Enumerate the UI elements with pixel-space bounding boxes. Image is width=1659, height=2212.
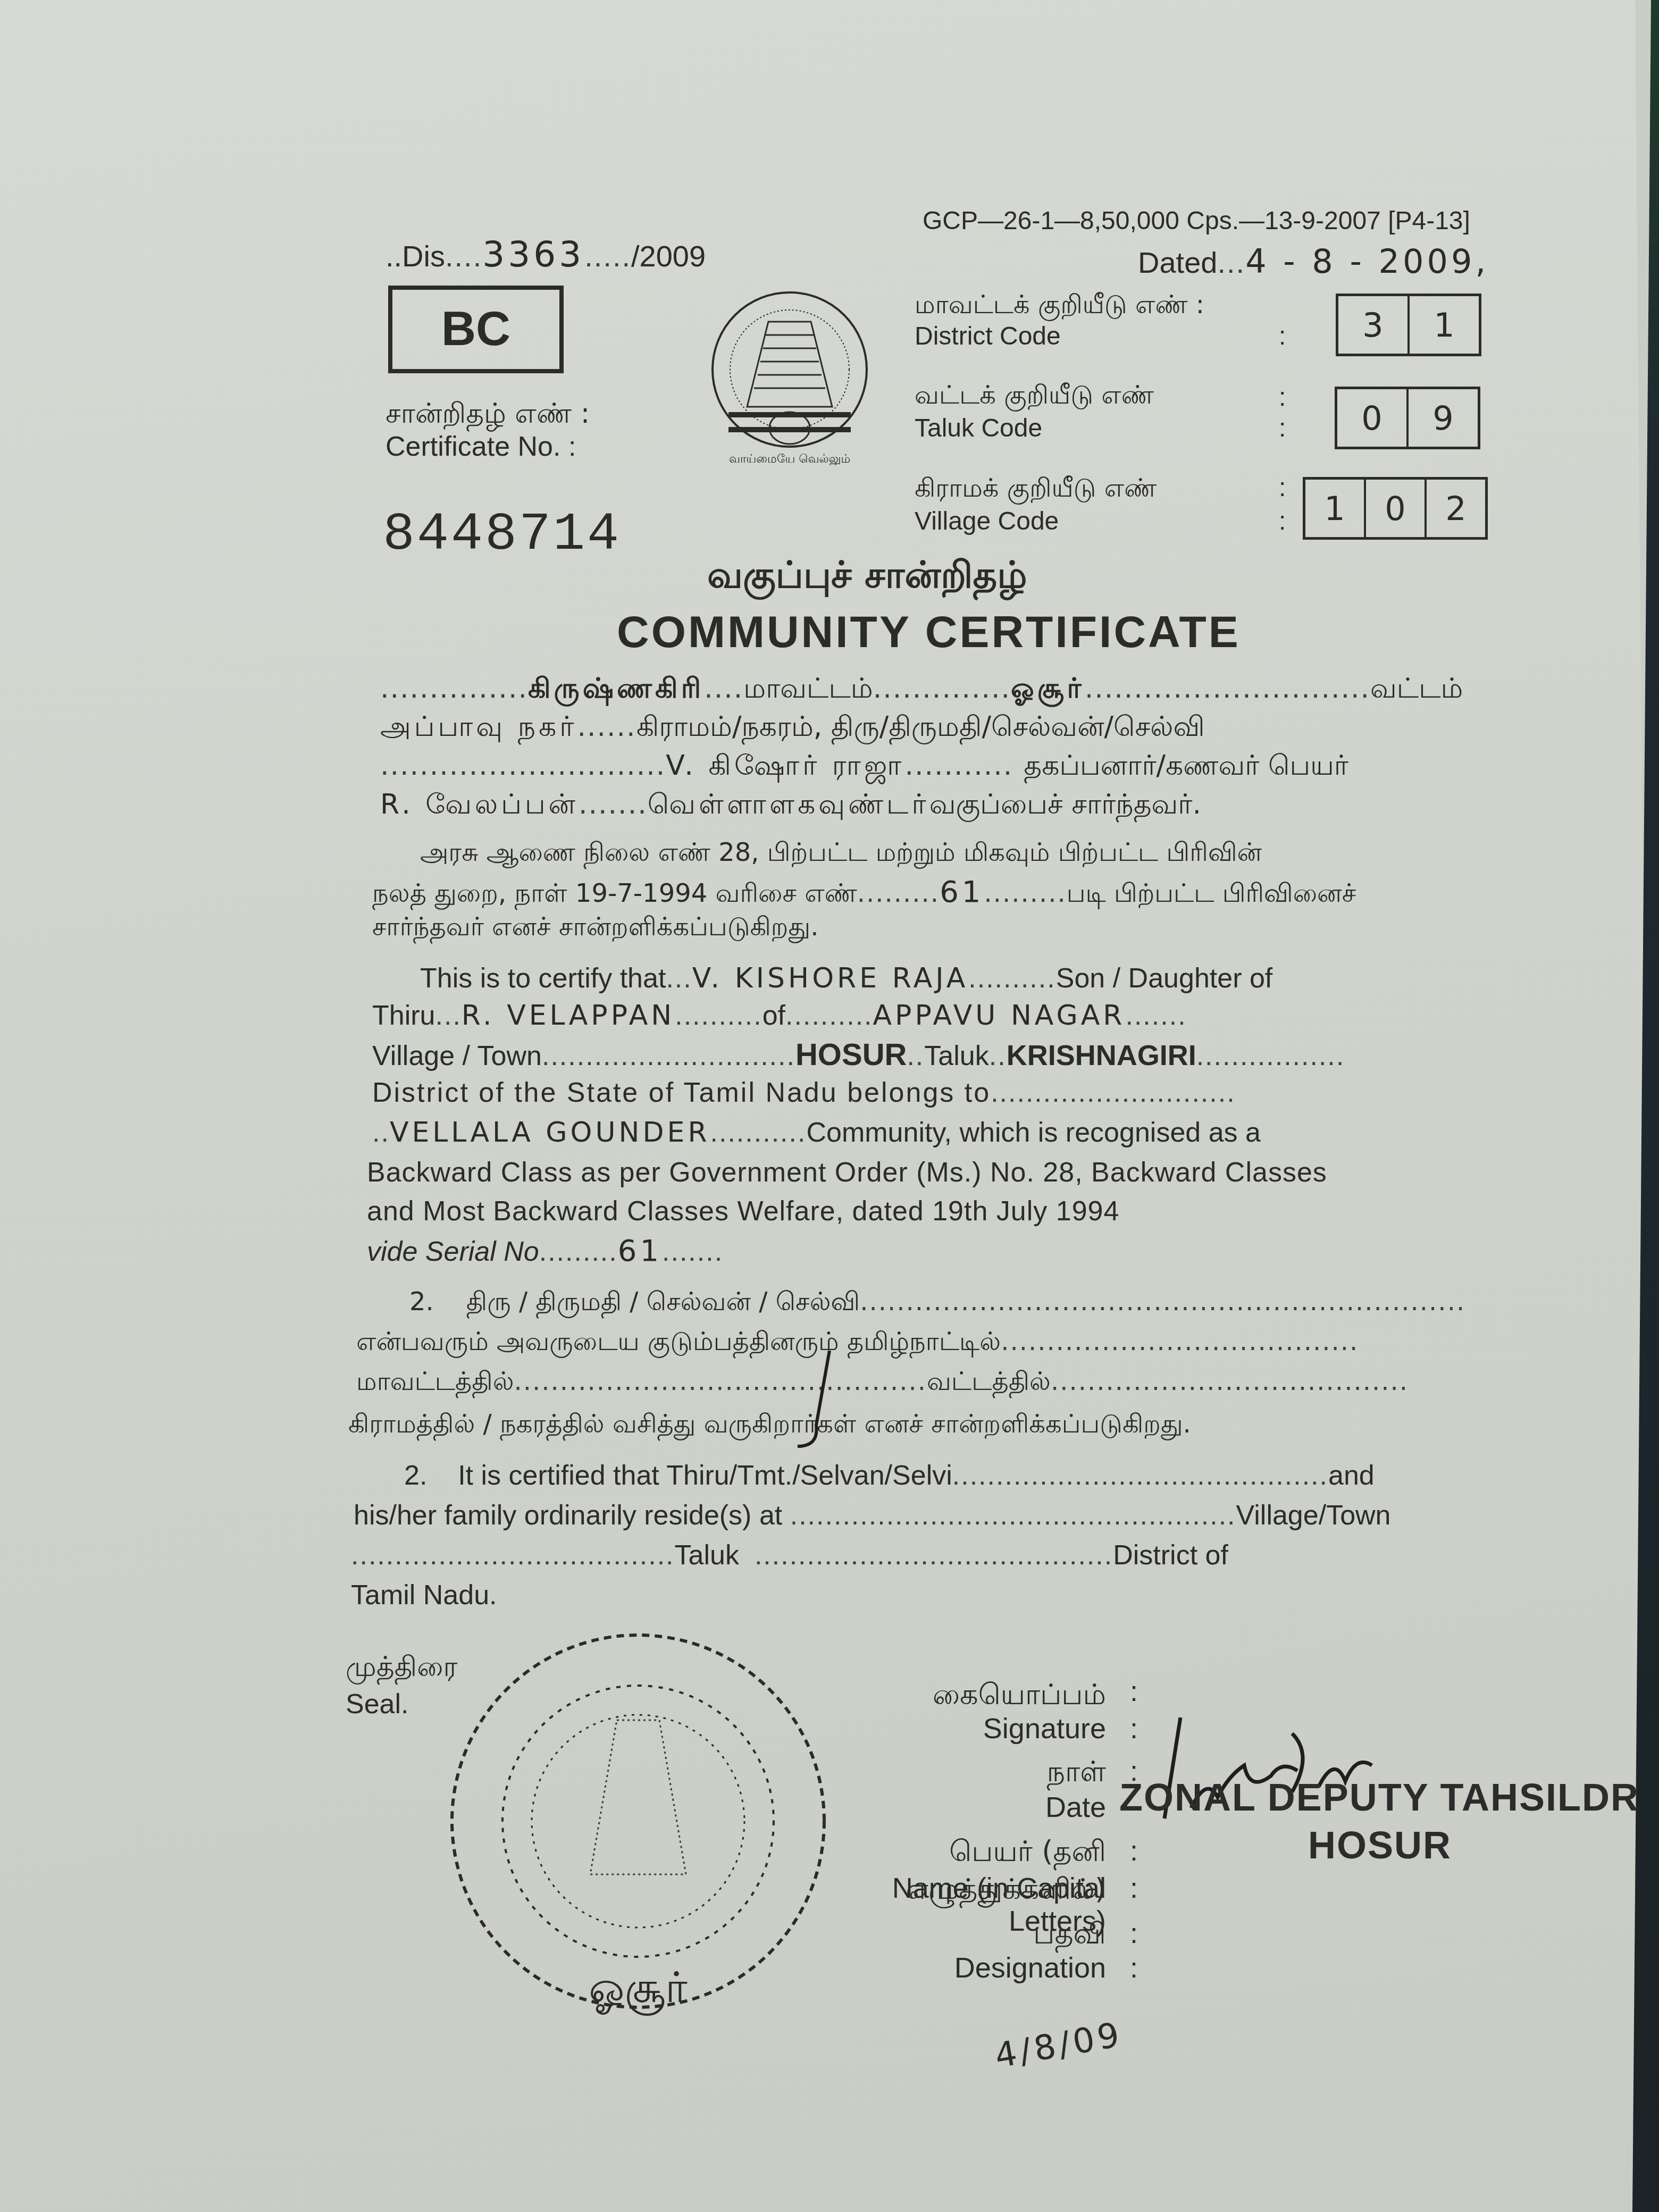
cert-no-label-ta: சான்றிதழ் எண் : [386,398,590,433]
colon: : [1279,383,1286,412]
label: Son / Daughter of [1056,963,1273,994]
english-line-7: and Most Backward Classes Welfare, dated… [367,1195,1119,1227]
tamil-line-4: R. வேலப்பன்.......வெள்ளாளகவுண்டர்வகுப்பை… [380,789,1201,824]
designation-label-ta: பதவி [787,1917,1106,1955]
label: District of [1113,1540,1228,1571]
name-handwritten: V. KISHORE RAJA [692,962,969,994]
date-label-ta: நாள் [787,1755,1106,1792]
title-tamil: வகுப்புச் சான்றிதழ் [707,553,1027,601]
code-digit: 1 [1305,480,1366,537]
taluk-code-label-ta: வட்டக் குறியீடு எண் [915,380,1154,413]
label: Taluk [675,1540,739,1571]
english-line-4: District of the State of Tamil Nadu belo… [372,1077,1236,1109]
father-handwritten: R. வேலப்பன் [380,789,579,820]
code-digit: 2 [1427,480,1485,537]
tamil-nadu-emblem-icon: வாய்மையே வெல்லும் [697,284,883,465]
english-line-6: Backward Class as per Government Order (… [367,1157,1327,1188]
taluk-code-label-en: Taluk Code [915,414,1042,443]
name-handwritten: V. கிஷோர் ராஜா [666,750,904,782]
label: his/her family ordinarily reside(s) at [354,1500,782,1531]
label: Community, which is recognised as a [806,1117,1261,1148]
label: 2. [409,1287,434,1317]
town-stamped: HOSUR [795,1037,907,1072]
district-code-label-en: District Code [915,322,1061,351]
signature-label-en: Signature [787,1712,1106,1745]
seal-label-en: Seal. [346,1688,409,1720]
dis-year: /2009 [631,239,706,273]
tamil-para-3: சார்ந்தவர் எனச் சான்றளிக்கப்படுகிறது. [372,912,818,945]
taluk-code-box: 0 9 [1335,387,1480,449]
label: Taluk [924,1041,988,1071]
label: This is to certify that [420,963,666,994]
district-code-box: 3 1 [1336,294,1481,356]
district-handwritten: கிருஷ்ணகிரி [528,673,704,705]
code-digit: 0 [1337,389,1409,447]
label: என்பவரும் அவருடைய குடும்பத்தினரும் தமிழ்… [356,1327,1001,1356]
label: Thiru [372,1000,435,1031]
tamil-para-1: அரசு ஆணை நிலை எண் 28, பிற்பட்ட மற்றும் ம… [420,837,1262,870]
residence-en-line-3: .....................................Tal… [351,1539,1228,1571]
colon: : [1130,1675,1138,1708]
dated-line: Dated...4 - 8 - 2009, [1138,242,1489,281]
english-line-5: ..VELLALA GOUNDER...........Community, w… [372,1117,1261,1149]
colon: : [1130,1917,1138,1950]
father-handwritten: R. VELAPPAN [462,1000,675,1032]
label: படி பிற்பட்ட பிரிவினைச் [1067,878,1356,908]
village-code-box: 1 0 2 [1303,477,1488,540]
officer-stamp-place: HOSUR [1308,1824,1452,1867]
district-code-label-ta: மாவட்டக் குறியீடு எண் : [915,290,1204,323]
label: 2. [404,1460,427,1491]
label: திரு / திருமதி / செல்வன் / செல்வி [466,1287,860,1317]
code-digit: 9 [1409,389,1478,447]
colon: : [1130,1834,1138,1867]
label: வட்டம் [1370,673,1463,705]
label: தகப்பனார்/கணவர் பெயர் [1024,750,1348,782]
residence-ta-line-1: 2. திரு / திருமதி / செல்வன் / செல்வி....… [409,1287,1465,1320]
label: மாவட்டத்தில் [356,1367,514,1396]
colon: : [1279,414,1286,443]
dis-label: ..Dis [386,239,445,273]
dis-number-line: ..Dis....3363...../2009 [386,234,706,275]
label: of [763,1000,785,1031]
cert-no-label-en: Certificate No. : [386,431,576,463]
label: District of the State of Tamil Nadu belo… [372,1077,991,1108]
place-handwritten: அப்பாவு நகர் [380,711,577,743]
community-handwritten: VELLALA GOUNDER [390,1117,710,1149]
code-digit: 0 [1366,480,1427,537]
residence-en-line-1: 2. It is certified that Thiru/Tmt./Selva… [404,1460,1375,1492]
tamil-para-2: நலத் துறை, நாள் 19-7-1994 வரிசை எண்.....… [372,875,1356,911]
place-handwritten: APPAVU NAGAR [873,1000,1126,1032]
category-box: BC [388,286,564,373]
english-line-1: This is to certify that...V. KISHORE RAJ… [420,962,1272,994]
english-line-8: vide Serial No.........61....... [367,1234,723,1268]
residence-en-line-2: his/her family ordinarily reside(s) at .… [354,1499,1391,1531]
colon: : [1279,322,1286,351]
dated-value: 4 - 8 - 2009, [1245,242,1489,281]
tamil-line-2: அப்பாவு நகர்......கிராமம்/நகரம், திரு/தி… [380,711,1205,747]
district-stamped: KRISHNAGIRI [1007,1040,1196,1071]
label: நலத் துறை, நாள் 19-7-1994 வரிசை எண் [372,878,857,908]
code-digit: 3 [1338,296,1410,354]
label: வகுப்பைச் சார்ந்தவர். [929,789,1201,820]
signature-label-ta: கையொப்பம் [787,1678,1106,1715]
village-code-label-ta: கிராமக் குறியீடு எண் [915,473,1157,506]
print-reference: GCP—26-1—8,50,000 Cps.—13-9-2007 [P4-13] [923,206,1470,236]
title-english: COMMUNITY CERTIFICATE [617,606,1241,658]
community-handwritten: வெள்ளாளகவுண்டர் [648,789,929,820]
label: Village/Town [1236,1500,1391,1531]
village-code-label-en: Village Code [915,507,1059,536]
label: Village / Town [372,1041,542,1071]
strike-mark-icon [787,1345,893,1452]
label: and [1328,1460,1375,1491]
english-line-3: Village / Town..........................… [372,1037,1345,1073]
residence-ta-line-4: கிராமத்தில் / நகரத்தில் வசித்து வருகிறார… [348,1409,1191,1442]
dated-label: Dated [1138,246,1217,279]
colon: : [1130,1872,1138,1905]
tamil-line-1: ...............கிருஷ்ணகிரி....மாவட்டம்..… [380,673,1463,708]
label: vide Serial No [367,1236,539,1267]
colon: : [1279,473,1286,502]
colon: : [1279,507,1286,536]
label: கிராமம்/நகரம், திரு/திருமதி/செல்வன்/செல்… [636,711,1205,743]
label: வட்டத்தில் [927,1367,1051,1396]
code-digit: 1 [1410,296,1479,354]
officer-stamp-title: ZONAL DEPUTY TAHSILDR [1119,1776,1639,1820]
english-line-2: Thiru...R. VELAPPAN..........of.........… [372,1000,1187,1032]
designation-label-en: Designation [787,1951,1106,1984]
serial-handwritten: 61 [940,875,984,909]
serial-handwritten: 61 [618,1234,662,1268]
label: மாவட்டம் [743,673,873,705]
svg-text:வாய்மையே வெல்லும்: வாய்மையே வெல்லும் [729,453,850,465]
certificate-number: 8448714 [383,505,621,565]
tamil-line-3: .............................V. கிஷோர் ர… [380,750,1348,785]
date-label-en: Date [787,1791,1106,1824]
colon: : [1130,1712,1138,1745]
label: It is certified that Thiru/Tmt./Selvan/S… [458,1460,952,1491]
colon: : [1130,1951,1138,1984]
svg-text:ஓசூர்: ஓசூர் [589,1963,688,2016]
taluk-handwritten: ஓசூர் [1011,673,1085,705]
dis-number: 3363 [482,234,584,275]
